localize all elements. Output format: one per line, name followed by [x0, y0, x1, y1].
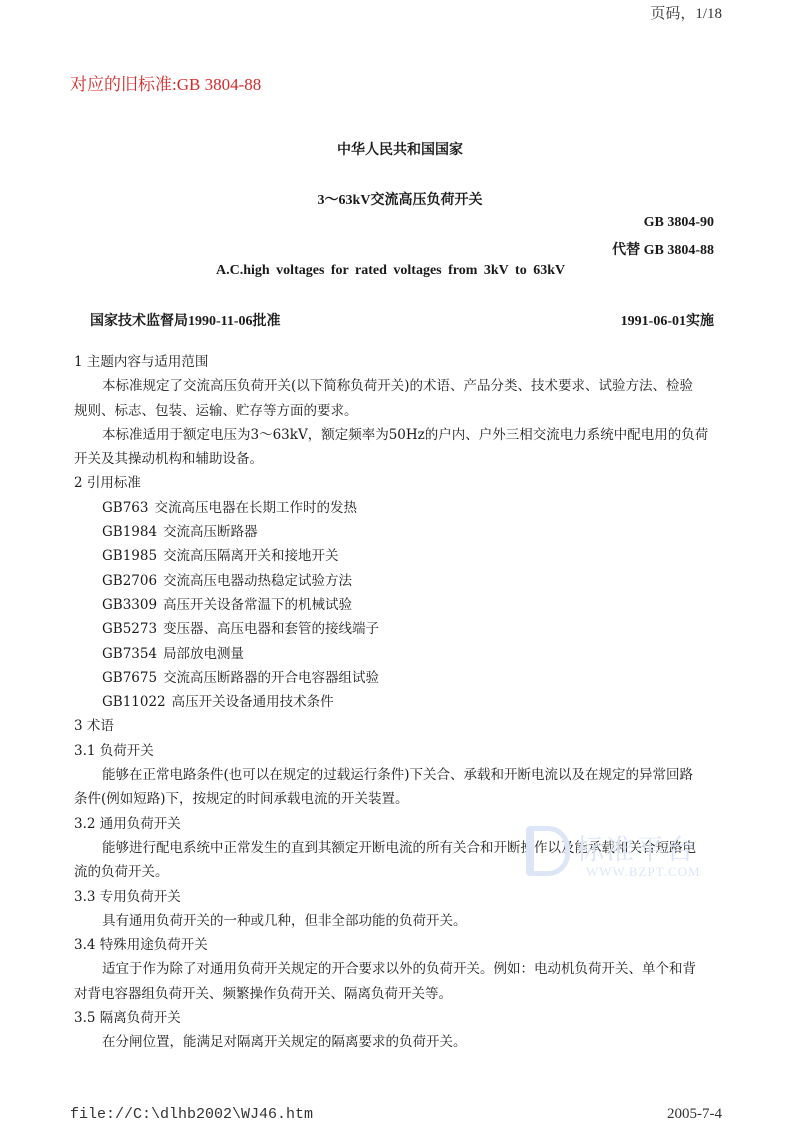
reference-code: GB763: [102, 496, 148, 520]
replaces-standard: 代替 GB 3804-88: [612, 239, 714, 259]
standard-number: GB 3804-90: [644, 215, 714, 231]
reference-code: GB7675: [102, 666, 157, 690]
reference-code: GB5273: [102, 617, 157, 641]
reference-title: 交流高压断路器: [163, 524, 258, 540]
implementation-date: 1991-06-01实施: [621, 310, 714, 330]
reference-title: 交流高压电器动热稳定试验方法: [163, 573, 352, 589]
country-title-text: 中华人民共和国国家: [337, 143, 463, 158]
term-3-4-line-2: 对背电容器组负荷开关、频繁操作负荷开关、隔离负荷开关等。: [74, 982, 724, 1006]
section-1-para-1-line-1: 本标准规定了交流高压负荷开关(以下简称负荷开关)的术语、产品分类、技术要求、试验…: [74, 374, 724, 398]
document-body: 1 主题内容与适用范围 本标准规定了交流高压负荷开关(以下简称负荷开关)的术语、…: [74, 350, 724, 1055]
term-3-1-line-1: 能够在正常电路条件(也可以在规定的过载运行条件)下关合、承载和开断电流以及在规定…: [74, 763, 724, 787]
english-title: A.C.high voltages for rated voltages fro…: [216, 263, 565, 279]
term-3-1-line-2: 条件(例如短路)下，按规定的时间承载电流的开关装置。: [74, 787, 724, 811]
section-1-heading: 1 主题内容与适用范围: [74, 350, 724, 374]
reference-item: GB1984交流高压断路器: [74, 520, 724, 544]
reference-title: 变压器、高压电器和套管的接线端子: [163, 621, 379, 637]
reference-title: 高压开关设备常温下的机械试验: [163, 597, 352, 613]
old-standard-link: 对应的旧标准:GB 3804-88: [70, 70, 261, 95]
reference-item: GB763交流高压电器在长期工作时的发热: [74, 496, 724, 520]
reference-title: 局部放电测量: [163, 646, 244, 662]
term-3-4-heading: 3.4 特殊用途负荷开关: [74, 933, 724, 957]
reference-item: GB5273变压器、高压电器和套管的接线端子: [74, 617, 724, 641]
reference-item: GB11022高压开关设备通用技术条件: [74, 690, 724, 714]
section-1-para-1-line-2: 规则、标志、包装、运输、贮存等方面的要求。: [74, 399, 724, 423]
reference-item: GB7675交流高压断路器的开合电容器组试验: [74, 666, 724, 690]
section-3-heading: 3 术语: [74, 714, 724, 738]
reference-item: GB3309高压开关设备常温下的机械试验: [74, 593, 724, 617]
reference-title: 高压开关设备通用技术条件: [172, 694, 334, 710]
footer-file-path: file://C:\dlhb2002\WJ46.htm: [70, 1106, 313, 1123]
term-3-3-line-1: 具有通用负荷开关的一种或几种，但非全部功能的负荷开关。: [74, 909, 724, 933]
term-3-2-line-1: 能够进行配电系统中正常发生的直到其额定开断电流的所有关合和开断操作以及能承载和关…: [74, 836, 724, 860]
term-3-5-heading: 3.5 隔离负荷开关: [74, 1006, 724, 1030]
document-title: 3～63kV交流高压负荷开关: [0, 189, 800, 209]
term-3-5-line-1: 在分闸位置，能满足对隔离开关规定的隔离要求的负荷开关。: [74, 1030, 724, 1054]
reference-code: GB1985: [102, 544, 157, 568]
term-3-2-heading: 3.2 通用负荷开关: [74, 812, 724, 836]
reference-item: GB1985交流高压隔离开关和接地开关: [74, 544, 724, 568]
reference-title: 交流高压隔离开关和接地开关: [163, 548, 339, 564]
reference-title: 交流高压电器在长期工作时的发热: [154, 500, 357, 516]
country-title: 中华人民共和国国家: [0, 139, 800, 159]
page-number: 页码，1/18: [650, 2, 722, 23]
term-3-2-line-2: 流的负荷开关。: [74, 860, 724, 884]
footer-date: 2005-7-4: [667, 1106, 722, 1123]
reference-item: GB7354局部放电测量: [74, 642, 724, 666]
reference-title: 交流高压断路器的开合电容器组试验: [163, 670, 379, 686]
term-3-1-heading: 3.1 负荷开关: [74, 739, 724, 763]
approval-info: 国家技术监督局1990-11-06批准: [90, 310, 281, 330]
section-1-para-2-line-1: 本标准适用于额定电压为3～63kV，额定频率为50Hz的户内、户外三相交流电力系…: [74, 423, 724, 447]
section-1-para-2-line-2: 开关及其操动机构和辅助设备。: [74, 447, 724, 471]
term-3-4-line-1: 适宜于作为除了对通用负荷开关规定的开合要求以外的负荷开关。例如：电动机负荷开关、…: [74, 957, 724, 981]
reference-code: GB1984: [102, 520, 157, 544]
reference-code: GB2706: [102, 569, 157, 593]
reference-code: GB11022: [102, 690, 166, 714]
term-3-3-heading: 3.3 专用负荷开关: [74, 885, 724, 909]
reference-code: GB3309: [102, 593, 157, 617]
reference-code: GB7354: [102, 642, 157, 666]
document-title-text: 3～63kV交流高压负荷开关: [318, 193, 483, 208]
reference-item: GB2706交流高压电器动热稳定试验方法: [74, 569, 724, 593]
section-2-heading: 2 引用标准: [74, 471, 724, 495]
